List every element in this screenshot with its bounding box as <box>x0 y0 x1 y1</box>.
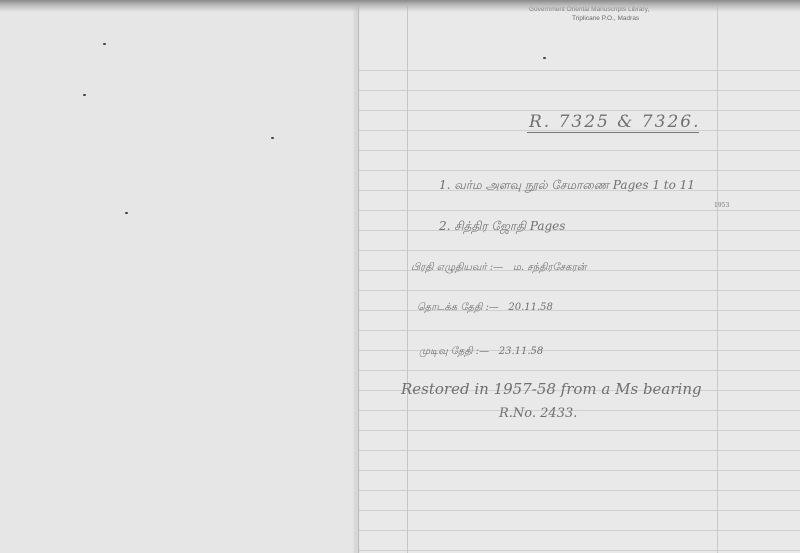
reference-underline <box>527 132 699 133</box>
item-title: சித்திர ஜோதி <box>454 219 526 233</box>
ruled-line <box>359 510 800 511</box>
ruled-line <box>359 550 800 551</box>
field-label: முடிவு தேதி :— <box>419 346 489 357</box>
ruled-line <box>359 430 800 431</box>
item-number: 2. <box>439 219 450 233</box>
ruled-line <box>359 470 800 471</box>
field-label: தொடக்க தேதி :— <box>417 302 499 313</box>
ink-speck <box>543 57 546 59</box>
ruled-line <box>359 330 800 331</box>
ink-speck <box>103 43 106 45</box>
ruled-line <box>359 450 800 451</box>
field-label: பிரதி எழுதியவர் :— <box>411 262 503 273</box>
field-value: 20.11.58 <box>508 302 553 313</box>
item-pages: Pages <box>530 219 566 233</box>
ruled-line <box>359 250 800 251</box>
field-copyist: பிரதி எழுதியவர் :— ம. சந்திரசேகரன் <box>411 262 586 274</box>
ruled-line <box>359 370 800 371</box>
field-start-date: தொடக்க தேதி :— 20.11.58 <box>417 302 553 314</box>
field-end-date: முடிவு தேதி :— 23.11.58 <box>419 346 543 358</box>
ruled-line <box>359 530 800 531</box>
item-2: 2. சித்திர ஜோதி Pages <box>439 219 565 235</box>
ruled-line <box>359 210 800 211</box>
left-blank-page <box>0 6 358 553</box>
ink-speck <box>83 94 86 96</box>
restoration-note: Restored in 1957-58 from a Ms bearing <box>401 380 702 398</box>
ruled-line <box>359 170 800 171</box>
item-1: 1. வர்ம அளவு நூல் சேமாணை Pages 1 to 11 <box>439 178 695 194</box>
ruled-line <box>359 490 800 491</box>
restoration-ref-number: R.No. 2433. <box>499 406 577 421</box>
field-value: 23.11.58 <box>499 346 544 357</box>
item-pages: Pages 1 to 11 <box>613 178 695 192</box>
ruled-line <box>359 410 800 411</box>
stamp-line-2: Triplicane P.O., Madras <box>529 14 649 23</box>
right-ruled-page: Government Oriental Manuscripts Library,… <box>358 2 800 553</box>
top-edge-shadow <box>0 0 800 12</box>
ruled-line <box>359 90 800 91</box>
book-spine-shadow <box>352 0 360 553</box>
right-margin-line <box>717 2 718 553</box>
item-number: 1. <box>439 178 450 192</box>
ruled-line <box>359 150 800 151</box>
ruled-line <box>359 70 800 71</box>
ruled-line <box>359 230 800 231</box>
ink-speck <box>271 137 274 139</box>
item-title: வர்ம அளவு நூல் சேமாணை <box>454 178 609 192</box>
item-superscript: 1953 <box>714 202 729 209</box>
manuscript-reference: R. 7325 & 7326. <box>529 112 700 132</box>
ruled-line <box>359 290 800 291</box>
ink-speck <box>125 212 128 214</box>
field-value: ம. சந்திரசேகரன் <box>513 262 587 273</box>
ruled-line <box>359 110 800 111</box>
left-margin-line <box>407 2 408 553</box>
